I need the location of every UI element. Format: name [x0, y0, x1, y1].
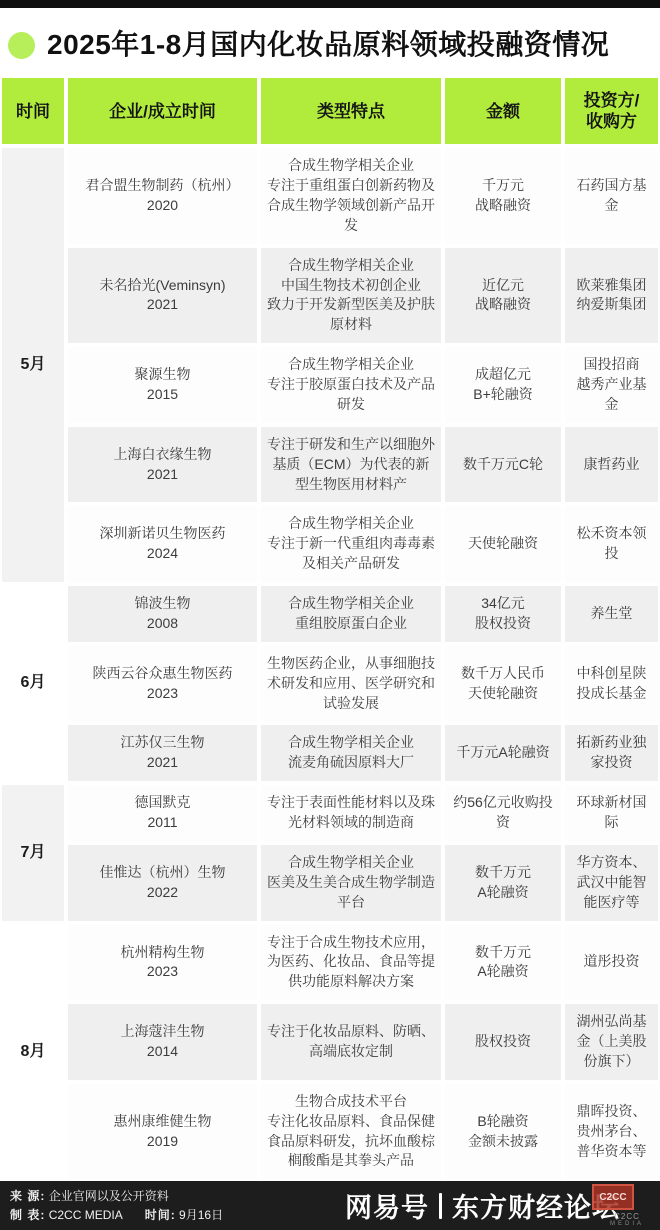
cell-company: 德国默克 2011 [68, 785, 257, 841]
cell-amount: 股权投资 [445, 1004, 561, 1080]
cell-company: 陕西云谷众惠生物医药 2023 [68, 646, 257, 722]
cell-type: 合成生物学相关企业 专注于重组蛋白创新药物及合成生物学领域创新产品开发 [261, 148, 441, 244]
cell-amount: 约56亿元收购投资 [445, 785, 561, 841]
cell-investor: 国投招商 越秀产业基金 [565, 347, 658, 423]
month-cell: 6月 [2, 586, 64, 781]
cell-investor: 环球新材国际 [565, 785, 658, 841]
cell-company: 杭州精构生物 2023 [68, 925, 257, 1001]
month-cell: 7月 [2, 785, 64, 920]
footer-source-line: 来 源: 企业官网以及公开资料 [10, 1187, 223, 1206]
time-value: 9月16日 [179, 1208, 223, 1222]
financing-table: 时间企业/成立时间类型特点金额投资方/ 收购方5月君合盟生物制药（杭州） 202… [0, 78, 660, 1179]
cell-investor: 松禾资本领投 [565, 506, 658, 582]
cell-amount: 34亿元 股权投资 [445, 586, 561, 642]
cell-company: 佳惟达（杭州）生物 2022 [68, 845, 257, 921]
bullet-icon [8, 32, 35, 59]
time-label: 时间: [145, 1208, 176, 1222]
cell-type: 合成生物学相关企业 中国生物技术初创企业 致力于开发新型医美及护肤原材料 [261, 248, 441, 344]
month-cell: 8月 [2, 925, 64, 1180]
cell-type: 生物合成技术平台 专注化妆品原料、食品保健食品原料研发，抗坏血酸棕榈酸酯是其拳头… [261, 1084, 441, 1180]
cell-company: 惠州康维健生物 2019 [68, 1084, 257, 1180]
cell-amount: 数千万元C轮 [445, 427, 561, 503]
footer-meta: 来 源: 企业官网以及公开资料 制 表: C2CC MEDIA时间: 9月16日 [10, 1187, 223, 1224]
cell-investor: 养生堂 [565, 586, 658, 642]
maker-value: C2CC MEDIA [49, 1208, 123, 1222]
stamp-caption-line1: C2CC [614, 1212, 640, 1221]
cell-type: 专注于表面性能材料以及珠光材料领域的制造商 [261, 785, 441, 841]
page-title: 2025年1-8月国内化妆品原料领域投融资情况 [47, 29, 609, 61]
column-header-3: 金额 [445, 78, 561, 144]
cell-type: 生物医药企业，从事细胞技术研发和应用、医学研究和试验发展 [261, 646, 441, 722]
cell-company: 聚源生物 2015 [68, 347, 257, 423]
column-header-0: 时间 [2, 78, 64, 144]
cell-amount: 千万元A轮融资 [445, 725, 561, 781]
cell-company: 未名拾光(Veminsyn) 2021 [68, 248, 257, 344]
column-header-4: 投资方/ 收购方 [565, 78, 658, 144]
cell-investor: 湖州弘尚基金（上美股份旗下） [565, 1004, 658, 1080]
cell-investor: 中科创星陕投成长基金 [565, 646, 658, 722]
cell-investor: 华方资本、武汉中能智能医疗等 [565, 845, 658, 921]
cell-investor: 欧莱雅集团 纳爱斯集团 [565, 248, 658, 344]
column-header-2: 类型特点 [261, 78, 441, 144]
cell-company: 上海蔻沣生物 2014 [68, 1004, 257, 1080]
footer-maker-line: 制 表: C2CC MEDIA时间: 9月16日 [10, 1206, 223, 1225]
cell-amount: 近亿元 战略融资 [445, 248, 561, 344]
cell-company: 江苏仅三生物 2021 [68, 725, 257, 781]
cell-investor: 道彤投资 [565, 925, 658, 1001]
cell-type: 合成生物学相关企业 医美及生美合成生物学制造平台 [261, 845, 441, 921]
cell-company: 君合盟生物制药（杭州） 2020 [68, 148, 257, 244]
cell-investor: 石药国方基金 [565, 148, 658, 244]
stamp-caption-line2: MEDIA [610, 1221, 644, 1228]
source-label: 来 源: [10, 1189, 45, 1203]
cell-type: 合成生物学相关企业 专注于胶原蛋白技术及产品研发 [261, 347, 441, 423]
netease-logo: 网易号 [345, 1186, 429, 1225]
cell-amount: 天使轮融资 [445, 506, 561, 582]
footer: 来 源: 企业官网以及公开资料 制 表: C2CC MEDIA时间: 9月16日… [0, 1181, 660, 1230]
stamp-caption: C2CCMEDIA [610, 1212, 644, 1229]
cell-amount: B轮融资 金额未披露 [445, 1084, 561, 1180]
cell-investor: 鼎晖投资、贵州茅台、普华资本等 [565, 1084, 658, 1180]
source-value: 企业官网以及公开资料 [49, 1189, 169, 1203]
cell-type: 合成生物学相关企业 流麦角硫因原料大厂 [261, 725, 441, 781]
cell-amount: 千万元 战略融资 [445, 148, 561, 244]
column-header-1: 企业/成立时间 [68, 78, 257, 144]
cell-type: 专注于合成生物技术应用，为医药、化妆品、食品等提供功能原料解决方案 [261, 925, 441, 1001]
cell-type: 专注于研发和生产以细胞外基质（ECM）为代表的新型生物医用材料产 [261, 427, 441, 503]
cell-amount: 数千万元 A轮融资 [445, 925, 561, 1001]
cell-type: 合成生物学相关企业 专注于新一代重组肉毒毒素及相关产品研发 [261, 506, 441, 582]
maker-label: 制 表: [10, 1208, 45, 1222]
logo-divider [439, 1193, 442, 1219]
cell-amount: 数千万元 A轮融资 [445, 845, 561, 921]
cell-amount: 成超亿元 B+轮融资 [445, 347, 561, 423]
cell-investor: 康哲药业 [565, 427, 658, 503]
cell-company: 深圳新诺贝生物医药 2024 [68, 506, 257, 582]
c2cc-stamp-icon: C2CC [592, 1184, 634, 1210]
cell-type: 专注于化妆品原料、防晒、高端底妆定制 [261, 1004, 441, 1080]
month-cell: 5月 [2, 148, 64, 582]
cell-type: 合成生物学相关企业 重组胶原蛋白企业 [261, 586, 441, 642]
title-section: 2025年1-8月国内化妆品原料领域投融资情况 [0, 8, 660, 78]
cell-company: 锦波生物 2008 [68, 586, 257, 642]
cell-company: 上海白衣缘生物 2021 [68, 427, 257, 503]
cell-amount: 数千万人民币 天使轮融资 [445, 646, 561, 722]
cell-investor: 拓新药业独家投资 [565, 725, 658, 781]
top-black-bar [0, 0, 660, 8]
